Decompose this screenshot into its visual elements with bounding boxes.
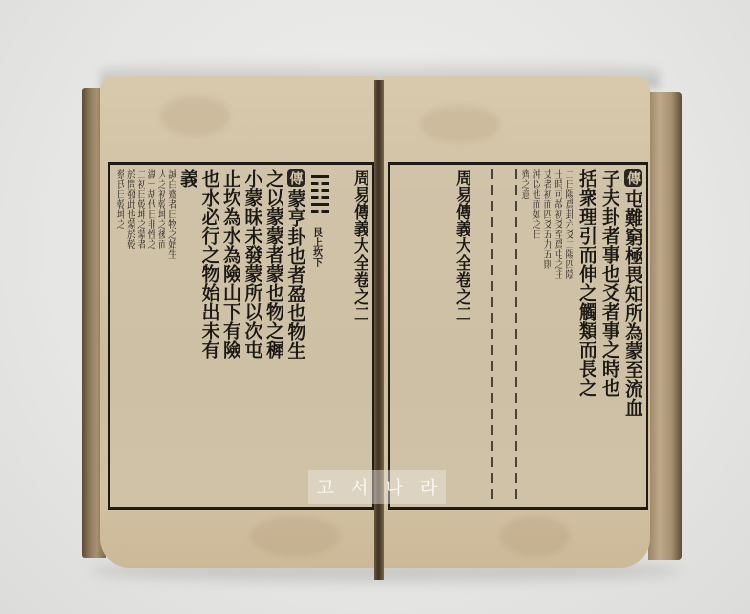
column-rule bbox=[491, 169, 493, 503]
book-gutter bbox=[374, 80, 384, 580]
watermark-char: 라 bbox=[420, 474, 437, 500]
commentary-column: 人之初乾坤之後而 bbox=[155, 169, 165, 503]
commentary-column: 沖以也而如之曰 bbox=[529, 169, 540, 503]
text-column: 傳屯難窮極畏知所為蒙至流血 bbox=[619, 169, 642, 503]
commentary-column: 丈者初而四爻五九五則 bbox=[540, 169, 551, 503]
watermark-char: 고 bbox=[317, 474, 334, 500]
paper-stain bbox=[160, 96, 230, 136]
column-rule bbox=[515, 169, 517, 503]
commentary-column: 於問發此也蒙於乾 bbox=[124, 169, 134, 503]
hexagram-icon bbox=[311, 175, 329, 217]
hexagram-label: 艮上坎下 bbox=[309, 227, 324, 267]
zhuan-emblem-icon: 傳 bbox=[624, 169, 642, 187]
blank-column bbox=[494, 169, 514, 503]
zhuan-emblem-icon: 傳 bbox=[287, 169, 305, 187]
watermark-char: 나 bbox=[386, 474, 403, 500]
commentary-column: 二曰陽爲卦六爻二陽四陰 bbox=[562, 169, 573, 503]
right-banxin-title: 周易傳義大全卷之二 bbox=[446, 169, 470, 503]
left-banxin-title: 周易傳義大全卷之二 bbox=[346, 169, 368, 503]
blank-column bbox=[470, 169, 490, 503]
text-column: 小蒙昧未發蒙所以次屯 bbox=[240, 169, 261, 503]
text-column: 之以蒙蒙者蒙也物之穉 bbox=[262, 169, 283, 503]
commentary-column: 誠白齋者曰物之始生 bbox=[165, 169, 175, 503]
text-column: 義 bbox=[176, 169, 197, 503]
commentary-column: 二初曰乾坤之蒙者 bbox=[135, 169, 145, 503]
watermark: 고 서 나 라 bbox=[308, 470, 446, 504]
hexagram-block: 艮上坎下 bbox=[305, 169, 346, 503]
commentary-column: 蔡氏曰乾坤之 bbox=[114, 169, 124, 503]
paper-stain bbox=[420, 106, 500, 142]
text-column: 子夫卦者事也爻者事之時也 bbox=[596, 169, 619, 503]
right-print-frame: 傳屯難窮極畏知所為蒙至流血 子夫卦者事也爻者事之時也 括衆理引而伸之觸類而長之 … bbox=[388, 162, 648, 510]
commentary-column: 湖一胡代日非性之 bbox=[145, 169, 155, 503]
text-column: 傳蒙亨卦也者盈也物生 bbox=[283, 169, 304, 503]
text-column: 括衆理引而伸之觸類而長之 bbox=[573, 169, 596, 503]
left-print-frame: 周易傳義大全卷之二 艮上坎下 傳蒙亨卦也者盈也物生 之以蒙蒙者蒙也物之穉 小蒙昧… bbox=[108, 162, 374, 510]
book-edge-right bbox=[648, 92, 682, 560]
paper-stain bbox=[250, 516, 340, 556]
text-column: 也水必行之物始出未有 bbox=[197, 169, 218, 503]
commentary-column: 士時可故初爻至爲屯之主 bbox=[551, 169, 562, 503]
commentary-column: 齊之意 bbox=[518, 169, 529, 503]
text-column: 止坎為水為險山下有險 bbox=[219, 169, 240, 503]
paper-stain bbox=[500, 516, 570, 556]
watermark-char: 서 bbox=[351, 474, 368, 500]
